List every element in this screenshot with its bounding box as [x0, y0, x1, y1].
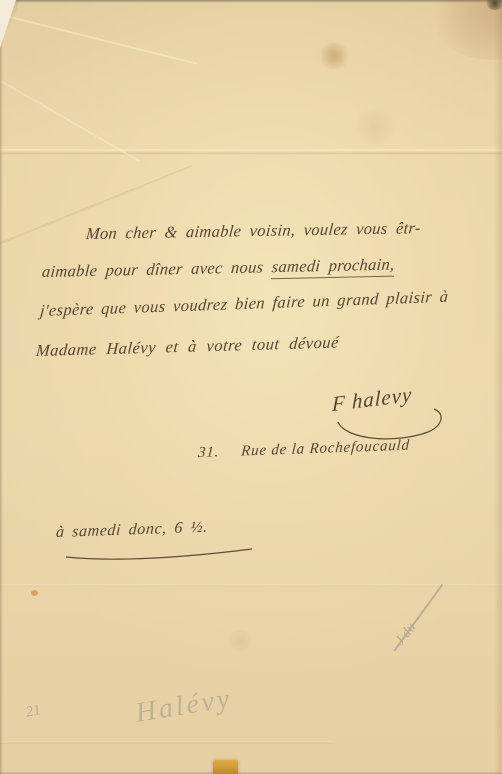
- dateline-time: 6 ½.: [166, 519, 208, 537]
- pencil-name-annotation: Halévy: [133, 683, 234, 730]
- dateline-prefix: à: [55, 523, 72, 541]
- fold-crease-bottom-partial: [0, 741, 335, 744]
- soft-stain: [352, 108, 398, 146]
- fold-crease-upper: [0, 149, 502, 155]
- address-line: 31.Rue de la Rochefoucauld: [197, 438, 410, 462]
- paper-edge-right: [494, 0, 502, 774]
- letter-scan: Mon cher & aimable voisin, voulez vous ê…: [0, 0, 502, 774]
- dateline: à samedi donc, 6 ½.: [55, 519, 208, 542]
- letter-line-2: aimable pour dîner avec nous samedi proc…: [41, 255, 395, 282]
- foxing-stain: [318, 42, 350, 70]
- paper-edge-top: [0, 0, 502, 3]
- address-street: Rue de la Rochefoucauld: [241, 438, 411, 460]
- underlined-phrase-samedi-prochain: samedi prochain,: [271, 255, 396, 280]
- dateline-underline-stroke: [64, 546, 256, 562]
- address-number: 31.: [197, 444, 219, 461]
- small-fleck-stain: [31, 590, 38, 596]
- diagonal-crease: [0, 9, 197, 64]
- tape-remnant: [213, 760, 238, 774]
- letter-line-2-text: aimable pour dîner avec nous: [41, 257, 272, 281]
- letter-line-3: j'espère que vous voudrez bien faire un …: [39, 287, 449, 321]
- letter-line-1: Mon cher & aimable voisin, voulez vous ê…: [85, 217, 463, 244]
- paper-edge-left: [0, 0, 3, 774]
- faint-smudge: [226, 630, 256, 652]
- pencil-inventory-number: 21: [24, 702, 42, 722]
- dateline-underlined: samedi donc,: [72, 520, 168, 540]
- letter-line-4: Madame Halévy et à votre tout dévoué: [35, 333, 339, 362]
- pencil-slash-stroke: [393, 584, 442, 651]
- fold-crease-lower: [0, 584, 502, 587]
